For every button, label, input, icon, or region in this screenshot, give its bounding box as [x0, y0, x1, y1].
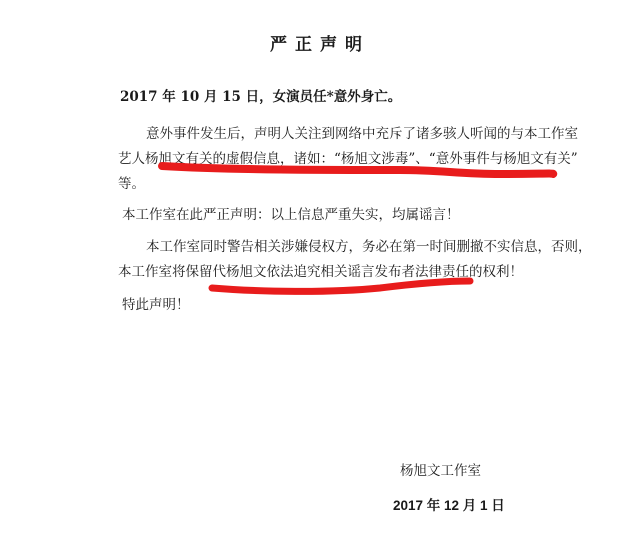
closing-line: 特此声明！	[122, 296, 190, 314]
signature-date: 2017 年 12 月 1 日	[393, 497, 505, 515]
paragraph-3-line-1: 本工作室同时警告相关涉嫌侵权方，务必在第一时间删撤不实信息，否则，	[146, 238, 592, 256]
document-title: 严正声明	[0, 30, 640, 55]
paragraph-1-line-1: 意外事件发生后，声明人关注到网络中充斥了诸多骇人听闻的与本工作室	[146, 125, 578, 143]
paragraph-3-line-2: 本工作室将保留代杨旭文依法追究相关谣言发布者法律责任的权利！	[118, 263, 523, 281]
red-underline-2	[212, 281, 470, 291]
signature: 杨旭文工作室	[400, 462, 481, 480]
statement-document: 严正声明 2017 年 10 月 15 日，女演员任*意外身亡。 意外事件发生后…	[0, 0, 640, 551]
incident-date-line: 2017 年 10 月 15 日，女演员任*意外身亡。	[120, 88, 401, 106]
paragraph-2: 本工作室在此严正声明：以上信息严重失实，均属谣言！	[122, 206, 460, 224]
paragraph-1-line-2: 艺人杨旭文有关的虚假信息，诸如：“杨旭文涉毒”、“意外事件与杨旭文有关”	[118, 150, 578, 168]
paragraph-1-line-3: 等。	[118, 175, 145, 193]
